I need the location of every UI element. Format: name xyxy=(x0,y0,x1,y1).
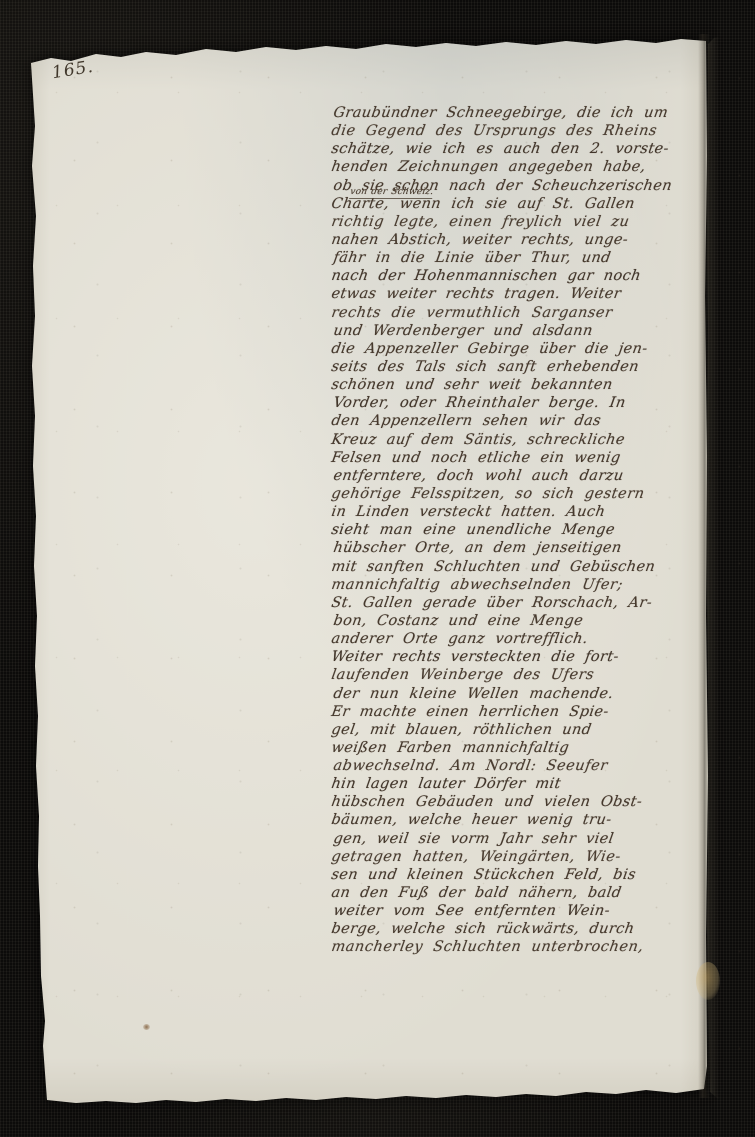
handwritten-line: der nun kleine Wellen machende. xyxy=(332,685,715,703)
handwritten-line: Er machte einen herrlichen Spie- xyxy=(330,703,715,721)
handwritten-line: Felsen und noch etliche ein wenig xyxy=(330,449,715,467)
handwritten-line: henden Zeichnungen angegeben habe, xyxy=(330,158,715,176)
handwritten-line: gehörige Felsspitzen, so sich gestern xyxy=(330,485,715,503)
black-cloth-backdrop: 165. Graubündner Schneegebirge, die ich … xyxy=(0,0,755,1137)
handwritten-line: weiter vom See entfernten Wein- xyxy=(332,902,715,920)
handwritten-line: Weiter rechts versteckten die fort- xyxy=(330,648,715,666)
folio-number: 165. xyxy=(51,57,95,83)
handwritten-line: Graubündner Schneegebirge, die ich um xyxy=(332,104,715,122)
handwritten-line: Vorder, oder Rheinthaler berge. In xyxy=(332,394,715,412)
handwritten-line: laufenden Weinberge des Ufers xyxy=(330,666,715,684)
manuscript-text-block: Graubündner Schneegebirge, die ich umdie… xyxy=(330,104,712,957)
handwritten-line: in Linden versteckt hatten. Auch xyxy=(330,503,715,521)
handwritten-line: die Gegend des Ursprungs des Rheins xyxy=(330,122,715,140)
handwritten-line: abwechselnd. Am Nordl: Seeufer xyxy=(332,757,715,775)
interlinear-insertion: von der Schweiz. xyxy=(349,188,434,199)
handwritten-line: hübschen Gebäuden und vielen Obst- xyxy=(330,793,715,811)
handwritten-line: die Appenzeller Gebirge über die jen- xyxy=(330,340,715,358)
handwritten-line: richtig legte, einen freylich viel zu xyxy=(330,213,715,231)
handwritten-line: bon, Costanz und eine Menge xyxy=(332,612,715,630)
fox-spot xyxy=(143,1024,150,1030)
handwritten-line: mit sanften Schluchten und Gebüschen xyxy=(330,558,715,576)
handwritten-line: und Werdenberger und alsdann xyxy=(332,322,715,340)
handwritten-line: nahen Abstich, weiter rechts, unge- xyxy=(330,231,715,249)
handwritten-line: mancherley Schluchten unterbrochen, xyxy=(330,938,715,956)
handwritten-line: gel, mit blauen, röthlichen und xyxy=(330,721,715,739)
handwritten-line: schätze, wie ich es auch den 2. vorste- xyxy=(330,140,715,158)
handwritten-line: bäumen, welche heuer wenig tru- xyxy=(330,811,715,829)
handwritten-line: St. Gallen gerade über Rorschach, Ar- xyxy=(330,594,715,612)
handwritten-line: den Appenzellern sehen wir das xyxy=(330,412,715,430)
handwritten-line: Kreuz auf dem Säntis, schreckliche xyxy=(330,431,715,449)
handwritten-line: entferntere, doch wohl auch darzu xyxy=(332,467,715,485)
handwritten-line: sen und kleinen Stückchen Feld, bis xyxy=(330,866,715,884)
handwritten-line: berge, welche sich rückwärts, durch xyxy=(330,920,715,938)
handwritten-line: schönen und sehr weit bekannten xyxy=(330,376,715,394)
handwritten-line: hin lagen lauter Dörfer mit xyxy=(330,775,715,793)
handwritten-line: rechts die vermuthlich Sarganser xyxy=(330,304,715,322)
handwritten-line: an den Fuß der bald nähern, bald xyxy=(330,884,715,902)
handwritten-line: fähr in die Linie über Thur, und xyxy=(332,249,715,267)
handwritten-line: sieht man eine unendliche Menge xyxy=(330,521,715,539)
handwritten-line: hübscher Orte, an dem jenseitigen xyxy=(332,539,715,557)
handwritten-line: seits des Tals sich sanft erhebenden xyxy=(330,358,715,376)
handwritten-line: weißen Farben mannichfaltig xyxy=(330,739,715,757)
handwritten-line: etwas weiter rechts tragen. Weiter xyxy=(330,285,715,303)
handwritten-line: getragen hatten, Weingärten, Wie- xyxy=(330,848,715,866)
handwritten-line: gen, weil sie vorm Jahr sehr viel xyxy=(332,830,715,848)
handwritten-line: mannichfaltig abwechselnden Ufer; xyxy=(330,576,715,594)
handwritten-line: anderer Orte ganz vortrefflich. xyxy=(330,630,715,648)
handwritten-line: nach der Hohenmannischen gar noch xyxy=(330,267,715,285)
